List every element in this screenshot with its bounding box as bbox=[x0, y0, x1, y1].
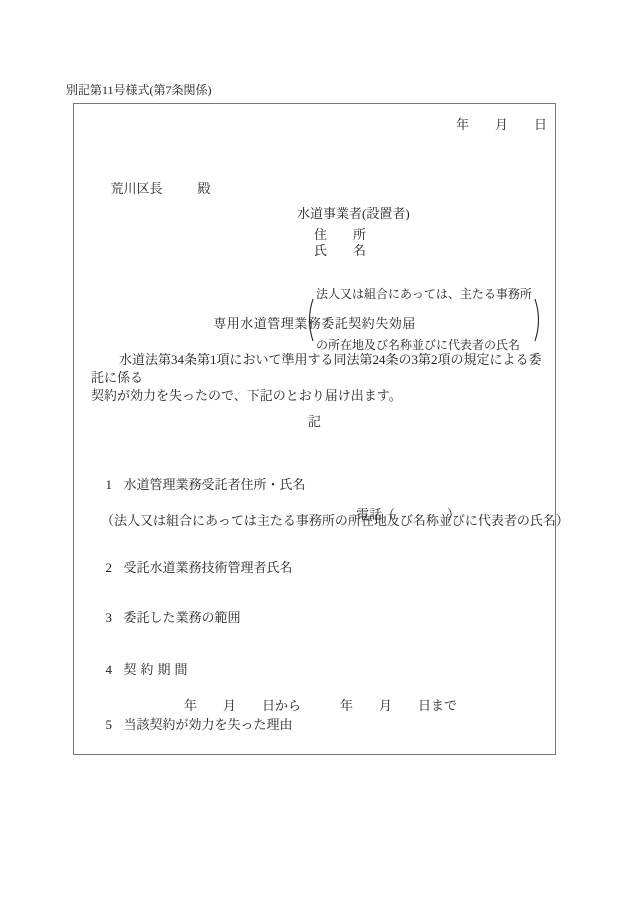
item-3-label: 委託した業務の範囲 bbox=[124, 610, 241, 625]
applicant-heading: 水道事業者(設置者) bbox=[297, 205, 410, 222]
corporate-note-line1: 法人又は組合にあっては、主たる事務所 bbox=[316, 286, 532, 303]
item-3: 3委託した業務の範囲 bbox=[86, 591, 241, 645]
item-1-note: （法人又は組合にあっては主たる事務所の所在地及び名称並びに代表者の氏名） bbox=[101, 512, 569, 530]
item-2: 2受託水道業務技術管理者氏名 bbox=[86, 541, 293, 595]
body-paragraph: 水道法第34条第1項において準用する同法第24条の3第2項の規定による委託に係る… bbox=[91, 351, 551, 405]
addressee-line: 荒川区長殿 bbox=[91, 163, 211, 214]
body-paragraph-line1: 水道法第34条第1項において準用する同法第24条の3第2項の規定による委託に係る bbox=[91, 351, 551, 387]
item-4-number: 4 bbox=[106, 661, 124, 679]
item-2-label: 受託水道業務技術管理者氏名 bbox=[124, 560, 293, 575]
item-4-label: 契約期間 bbox=[124, 662, 192, 677]
form-border-box: 年 月 日 荒川区長殿 水道事業者(設置者) 住 所 氏 名 法人又は組合にあっ… bbox=[73, 103, 556, 755]
applicant-address-label: 住 所 bbox=[314, 226, 366, 243]
item-5-number: 5 bbox=[106, 716, 124, 734]
item-5: 5当該契約が効力を失った理由 bbox=[86, 698, 293, 752]
item-1-label: 水道管理業務受託者住所・氏名 bbox=[124, 477, 306, 492]
body-paragraph-line2: 契約が効力を失ったので、下記のとおり届け出ます。 bbox=[91, 387, 551, 405]
item-2-number: 2 bbox=[106, 559, 124, 577]
addressee-honorific: 殿 bbox=[198, 181, 211, 196]
form-number-label: 別記第11号様式(第7条関係) bbox=[66, 82, 212, 98]
date-blank-line: 年 月 日 bbox=[456, 116, 547, 133]
item-5-label: 当該契約が効力を失った理由 bbox=[124, 717, 293, 732]
document-title: 専用水道管理業務委託契約失効届 bbox=[74, 315, 555, 332]
list-marker-ki: 記 bbox=[74, 413, 555, 430]
item-1-phone-line: 電話（ ） bbox=[356, 506, 460, 523]
item-1-number: 1 bbox=[106, 476, 124, 494]
addressee-name: 荒川区長 bbox=[111, 181, 163, 196]
form-page: 別記第11号様式(第7条関係) 年 月 日 荒川区長殿 水道事業者(設置者) 住… bbox=[0, 0, 630, 915]
item-3-number: 3 bbox=[106, 609, 124, 627]
